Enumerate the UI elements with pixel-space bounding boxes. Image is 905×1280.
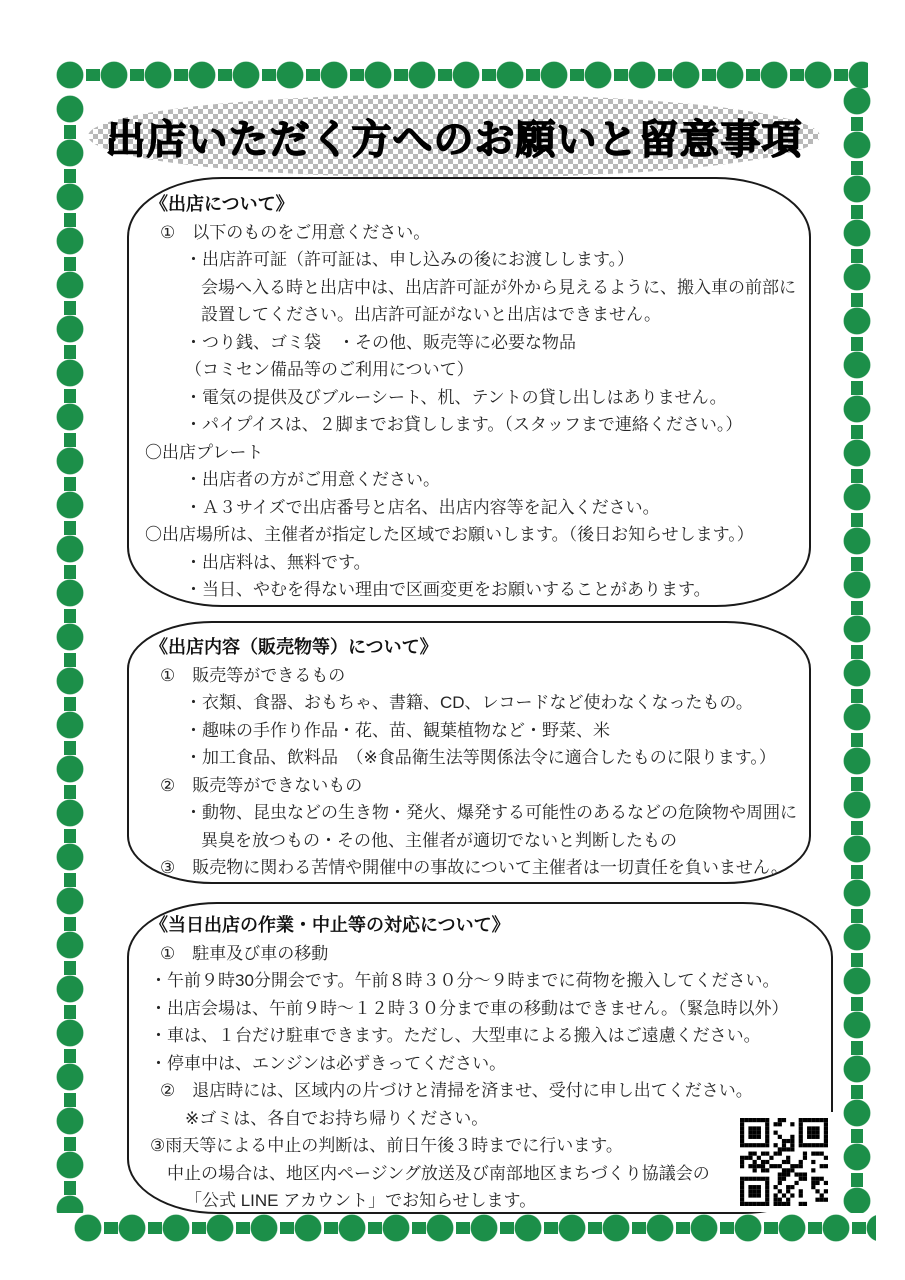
qr-code-image (740, 1118, 828, 1206)
section-box-sale-items: 《出店内容（販売物等）について》 ① 販売等ができるもの ・衣類、食器、おもちゃ… (127, 621, 811, 884)
text-line: ・電気の提供及びブルーシート、机、テントの貸し出しはありません。 (129, 384, 809, 412)
text-line: ※ゴミは、各自でお持ち帰りください。 (129, 1105, 831, 1133)
border-beads-top (56, 61, 868, 89)
text-line: ・衣類、食器、おもちゃ、書籍、CD、レコードなど使わなくなったもの。 (129, 689, 809, 717)
text-line: ① 以下のものをご用意ください。 (129, 219, 809, 247)
border-beads-right (843, 87, 871, 1213)
text-line: ・Ａ３サイズで出店番号と店名、出店内容等を記入ください。 (129, 494, 809, 522)
text-line: ・出店者の方がご用意ください。 (129, 466, 809, 494)
text-line: ・加工食品、飲料品 （※食品衛生法等関係法令に適合したものに限ります。） (129, 744, 809, 772)
text-line: 〇出店場所は、主催者が指定した区域でお願いします。（後日お知らせします。） (129, 521, 809, 549)
section-heading: 《出店について》 (129, 191, 809, 219)
text-line: ・午前９時30分開会です。午前８時３０分～９時までに荷物を搬入してください。 (129, 967, 831, 995)
text-line: 「公式 LINE アカウント」でお知らせします。 (129, 1187, 831, 1215)
border-beads-left (56, 95, 84, 1213)
text-line: ・出店会場は、午前９時～１２時３０分まで車の移動はできません。（緊急時以外） (129, 995, 831, 1023)
text-line: 中止の場合は、地区内ページング放送及び南部地区まちづくり協議会の (129, 1160, 831, 1188)
qr-code (734, 1112, 834, 1212)
section-box-about-opening: 《出店について》 ① 以下のものをご用意ください。 ・出店許可証（許可証は、申し… (127, 177, 811, 607)
text-line: 〇出店プレート (129, 439, 809, 467)
border-beads-bottom (74, 1214, 876, 1242)
text-line: 設置してください。出店許可証がないと出店はできません。 (129, 301, 809, 329)
flyer-page: 出店いただく方へのお願いと留意事項 《出店について》 ① 以下のものをご用意くだ… (0, 0, 905, 1280)
text-line: 会場へ入る時と出店中は、出店許可証が外から見えるように、搬入車の前部に (129, 274, 809, 302)
text-line: ・車は、１台だけ駐車できます。ただし、大型車による搬入はご遠慮ください。 (129, 1022, 831, 1050)
text-line: ② 販売等ができないもの (129, 772, 809, 800)
text-line: ・パイプイスは、２脚までお貸しします。（スタッフまで連絡ください。） (129, 411, 809, 439)
text-line: ・出店許可証（許可証は、申し込みの後にお渡しします。） (129, 246, 809, 274)
text-line: ③ 販売物に関わる苦情や開催中の事故について主催者は一切責任を負いません。 (129, 854, 809, 882)
section-heading: 《当日出店の作業・中止等の対応について》 (129, 912, 831, 940)
text-line: ② 退店時には、区域内の片づけと清掃を済ませ、受付に申し出てください。 (129, 1077, 831, 1105)
text-line: （コミセン備品等のご利用について） (129, 356, 809, 384)
text-line: ・停車中は、エンジンは必ずきってください。 (129, 1050, 831, 1078)
text-line: ① 販売等ができるもの (129, 662, 809, 690)
text-line: ・出店料は、無料です。 (129, 549, 809, 577)
section-box-day-of-event: 《当日出店の作業・中止等の対応について》 ① 駐車及び車の移動 ・午前９時30分… (127, 902, 833, 1214)
text-line: ・動物、昆虫などの生き物・発火、爆発する可能性のあるなどの危険物や周囲に (129, 799, 809, 827)
text-line: ・当日、やむを得ない理由で区画変更をお願いすることがあります。 (129, 576, 809, 604)
text-line: ・趣味の手作り作品・花、苗、観葉植物など・野菜、米 (129, 717, 809, 745)
page-title: 出店いただく方へのお願いと留意事項 (106, 108, 803, 165)
text-line: ③雨天等による中止の判断は、前日午後３時までに行います。 (129, 1132, 831, 1160)
text-line: ・つり銭、ゴミ袋 ・その他、販売等に必要な物品 (129, 329, 809, 357)
title-banner: 出店いただく方へのお願いと留意事項 (88, 94, 820, 178)
text-line: 異臭を放つもの・その他、主催者が適切でないと判断したもの (129, 827, 809, 855)
section-heading: 《出店内容（販売物等）について》 (129, 634, 809, 662)
text-line: ① 駐車及び車の移動 (129, 940, 831, 968)
